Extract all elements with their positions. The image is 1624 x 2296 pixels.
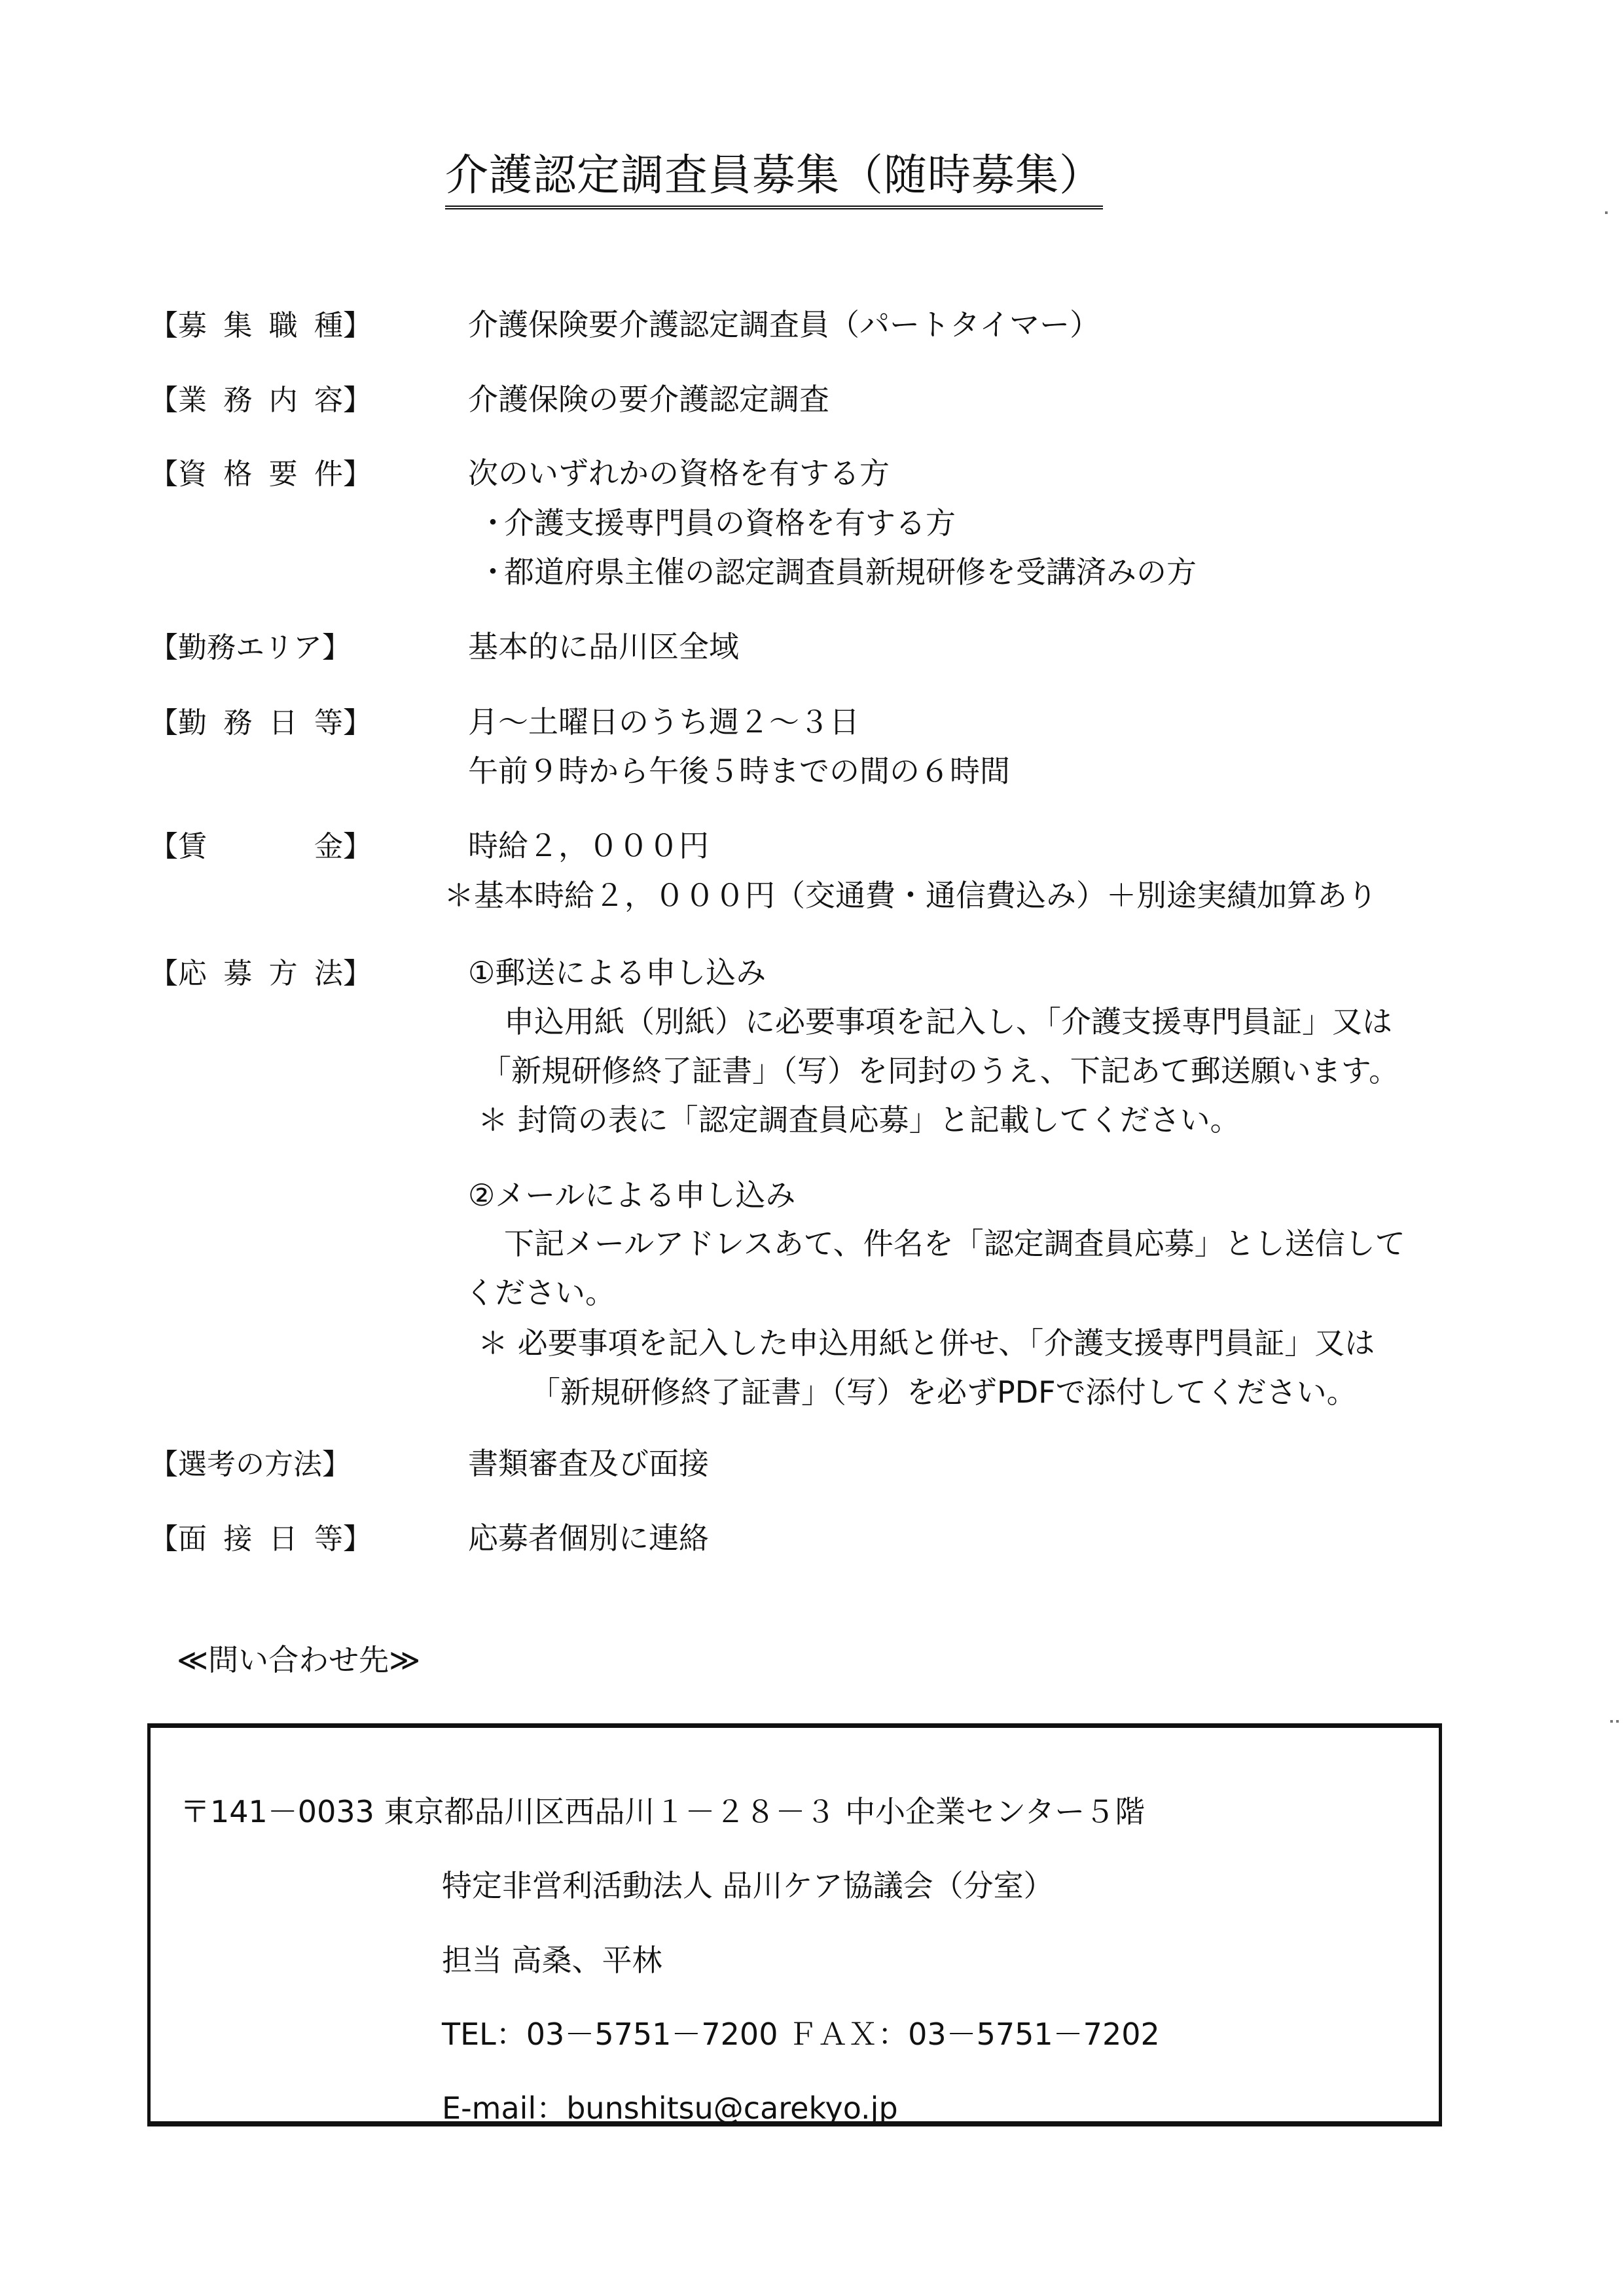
value-interview: 応募者個別に連絡 [468, 1520, 709, 1556]
scan-speck [1610, 1720, 1613, 1723]
label-char: 【募 [149, 308, 207, 344]
label-char: 職 [269, 308, 298, 344]
label-char: 要 [269, 456, 298, 493]
application-mail-line: 申込用紙（別紙）に必要事項を記入し、「介護支援専門員証」又は [504, 1003, 1392, 1040]
label-wage: 【賃 金】 [149, 829, 372, 865]
label-char: 容】 [314, 382, 372, 419]
scan-speck [1616, 1720, 1619, 1723]
label-char: 法】 [314, 956, 372, 992]
value-job-type: 介護保険要介護認定調査員（パートタイマー） [468, 306, 1100, 343]
value-work-days-line: 月～土曜日のうち週２～３日 [468, 704, 859, 740]
label-work-area: 【勤務エリア】 [149, 630, 372, 666]
value-work-area: 基本的に品川区全域 [468, 628, 739, 665]
label-text: 【勤務エリア】 [149, 630, 351, 666]
label-selection: 【選考の方法】 [149, 1446, 372, 1483]
label-char: 件】 [314, 456, 372, 493]
contact-address: 〒141－0033 東京都品川区西品川１－２８－３ 中小企業センター５階 [180, 1793, 1145, 1830]
value-wage: 時給２，０００円 [468, 827, 709, 864]
label-char: 募 [223, 956, 252, 992]
label-char: 等】 [314, 705, 372, 742]
label-char: 【賃 [149, 829, 207, 865]
value-qualifications-intro: 次のいずれかの資格を有する方 [468, 455, 890, 492]
label-duties: 【業 務 内 容】 [149, 382, 372, 419]
application-email-note: 「新規研修終了証書」（写）を必ずPDFで添付してください。 [530, 1374, 1357, 1410]
label-char: 接 [223, 1521, 252, 1558]
contact-email-row: E-mail：bunshitsu@carekyo.jp [442, 2090, 898, 2126]
label-job-type: 【募 集 職 種】 [149, 308, 372, 344]
email-link[interactable]: bunshitsu@carekyo.jp [566, 2090, 897, 2126]
label-char: 内 [269, 382, 298, 419]
label-char: 方 [269, 956, 298, 992]
qualification-item: ・介護支援専門員の資格を有する方 [478, 505, 956, 541]
label-char: 等】 [314, 1521, 372, 1558]
value-selection: 書類審査及び面接 [468, 1445, 709, 1482]
qualification-item-text: 都道府県主催の認定調査員新規研修を受講済みの方 [504, 554, 1197, 590]
contact-box: 〒141－0033 東京都品川区西品川１－２８－３ 中小企業センター５階 特定非… [147, 1723, 1442, 2126]
label-char: 【業 [149, 382, 207, 419]
label-char: 日 [269, 1521, 298, 1558]
label-application: 【応 募 方 法】 [149, 956, 372, 992]
value-work-hours-line: 午前９時から午後５時までの間の６時間 [468, 753, 1010, 789]
contact-organization: 特定非営利活動法人 品川ケア協議会（分室） [442, 1867, 1054, 1904]
label-char: 【応 [149, 956, 207, 992]
label-char: 【資 [149, 456, 207, 493]
contact-phone-fax: TEL：03－5751－7200 ＦＡＸ：03－5751－7202 [442, 2016, 1160, 2053]
application-mail-heading: ①郵送による申し込み [468, 954, 766, 991]
bullet-icon: ・ [478, 554, 504, 590]
email-label: E-mail： [442, 2090, 566, 2126]
application-mail-note: ＊ 封筒の表に「認定調査員応募」と記載してください。 [478, 1102, 1240, 1138]
wage-note: ＊基本時給２，０００円（交通費・通信費込み）＋別途実績加算あり [444, 877, 1377, 914]
application-email-line: 下記メールアドレスあて、件名を「認定調査員応募」とし送信して [504, 1225, 1405, 1262]
label-char: 金】 [314, 829, 372, 865]
application-mail-line: 「新規研修終了証書」（写）を同封のうえ、下記あて郵送願います。 [481, 1052, 1399, 1089]
contact-staff: 担当 高桑、平林 [442, 1942, 662, 1979]
application-email-heading: ②メールによる申し込み [468, 1177, 795, 1213]
label-char: 務 [223, 382, 252, 419]
label-char: 【面 [149, 1521, 207, 1558]
label-char: 格 [223, 456, 252, 493]
label-qualifications: 【資 格 要 件】 [149, 456, 372, 493]
label-char: 務 [223, 705, 252, 742]
label-interview: 【面 接 日 等】 [149, 1521, 372, 1558]
qualification-item-text: 介護支援専門員の資格を有する方 [504, 505, 956, 541]
scan-speck [1605, 211, 1608, 214]
label-char: 【勤 [149, 705, 207, 742]
application-email-note: ＊ 必要事項を記入した申込用紙と併せ、「介護支援専門員証」又は [478, 1325, 1375, 1361]
label-char: 集 [223, 308, 252, 344]
qualification-item: ・都道府県主催の認定調査員新規研修を受講済みの方 [478, 554, 1197, 590]
application-email-line: ください。 [465, 1274, 615, 1311]
label-char: 種】 [314, 308, 372, 344]
label-text: 【選考の方法】 [149, 1446, 351, 1483]
page-title: 介護認定調査員募集（随時募集） [445, 149, 1103, 209]
label-char: 日 [269, 705, 298, 742]
contact-heading: ≪問い合わせ先≫ [177, 1641, 420, 1678]
bullet-icon: ・ [478, 505, 504, 541]
label-work-days: 【勤 務 日 等】 [149, 705, 372, 742]
value-duties: 介護保険の要介護認定調査 [468, 381, 829, 418]
